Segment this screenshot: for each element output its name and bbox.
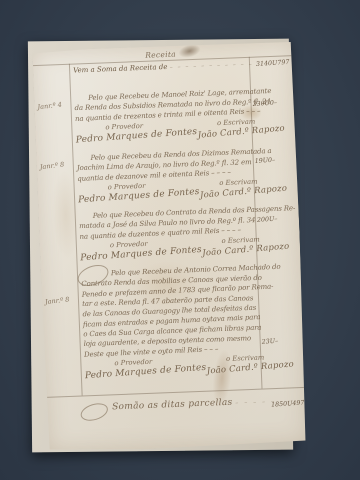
sum-amount: 1850U497: [271, 400, 305, 409]
ledger-entry: Janr.º 8 Pelo que Recebeu da Renda dos D…: [76, 145, 298, 203]
carry-amount: 3140U797: [255, 59, 289, 68]
photo-background: Receita Vem a Soma da Receita de – – – –…: [0, 0, 360, 480]
sum-line: Somão as ditas parcellas – – – – – 1850U…: [90, 395, 304, 413]
entry-text: Pelo que Recebeu de Antonio Correa Macha…: [81, 263, 262, 360]
dash-leader: – – – – – – – – – – –: [170, 61, 254, 71]
carry-label: Vem a Soma da Receita de: [73, 63, 168, 75]
ledger-entry: Janr.º 8 Pelo que Recebeu de Antonio Cor…: [81, 261, 305, 379]
provedor-label: o Provedor: [105, 122, 143, 131]
margin-date: Janr.º 8: [39, 159, 74, 171]
margin-date: Janr.º 8: [45, 294, 80, 306]
ledger-entry: Janr.º 4 Pelo que Recebeu de Manoel Roiz…: [74, 85, 296, 143]
entry-amount: 200U–: [257, 216, 278, 224]
provedor-label: o Provedor: [108, 182, 146, 191]
entry-amount: 23U–: [262, 338, 279, 346]
provedor-label: o Provedor: [114, 358, 152, 367]
pen-flourish: [79, 400, 110, 424]
ledger-entry: Pelo que Recebeu do Contrato da Renda da…: [79, 203, 301, 261]
margin-date: Janr.º 4: [37, 100, 72, 112]
entry-amount: 19U0–: [255, 157, 276, 165]
provedor-label: o Provedor: [110, 240, 148, 249]
entry-amount: 330U0–: [252, 99, 277, 108]
manuscript-sheet: Receita Vem a Soma da Receita de – – – –…: [32, 41, 307, 453]
sum-label: Somão as ditas parcellas: [112, 398, 233, 413]
